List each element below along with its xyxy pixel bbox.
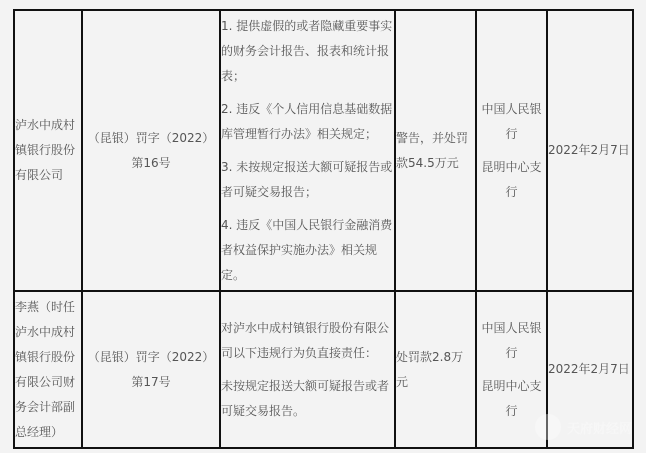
date-cell: 2022年2月7日 xyxy=(547,291,633,448)
table-row: 李燕（时任泸水中成村镇银行股份有限公司财务会计部副总经理） （昆银）罚字（202… xyxy=(14,291,633,448)
penalty-cell: 处罚款2.8万元 xyxy=(395,291,476,448)
authority-line: 中国人民银行 xyxy=(477,316,546,366)
table-row: 泸水中成村镇银行股份有限公司 （昆银）罚字（2022）第16号 1. 提供虚假的… xyxy=(14,10,633,291)
violation-item: 3. 未按规定报送大额可疑报告或者可疑交易报告； xyxy=(221,155,394,205)
document-number-cell: （昆银）罚字（2022）第17号 xyxy=(82,291,220,448)
violation-item: 未按规定报送大额可疑报告或者可疑交易报告。 xyxy=(221,374,394,424)
penalty-cell: 警告，并处罚款54.5万元 xyxy=(395,10,476,291)
violation-item: 1. 提供虚假的或者隐藏重要事实的财务会计报告、报表和统计报表； xyxy=(221,14,394,89)
party-name-cell: 泸水中成村镇银行股份有限公司 xyxy=(14,10,82,291)
violation-item: 对泸水中成村镇银行股份有限公司以下违规行为负直接责任： xyxy=(221,316,394,366)
violation-item: 4. 违反《中国人民银行金融消费者权益保护实施办法》相关规定。 xyxy=(221,213,394,288)
authority-line: 中国人民银行 xyxy=(477,97,546,147)
party-name-cell: 李燕（时任泸水中成村镇银行股份有限公司财务会计部副总经理） xyxy=(14,291,82,448)
authority-line: 昆明中心支行 xyxy=(477,155,546,205)
date-cell: 2022年2月7日 xyxy=(547,10,633,291)
violation-cell: 1. 提供虚假的或者隐藏重要事实的财务会计报告、报表和统计报表； 2. 违反《个… xyxy=(220,10,395,291)
document-number-cell: （昆银）罚字（2022）第16号 xyxy=(82,10,220,291)
authority-cell: 中国人民银行 昆明中心支行 xyxy=(476,291,547,448)
authority-line: 昆明中心支行 xyxy=(477,374,546,424)
violation-cell: 对泸水中成村镇银行股份有限公司以下违规行为负直接责任： 未按规定报送大额可疑报告… xyxy=(220,291,395,448)
violation-item: 2. 违反《个人信用信息基础数据库管理暂行办法》相关规定； xyxy=(221,97,394,147)
authority-cell: 中国人民银行 昆明中心支行 xyxy=(476,10,547,291)
penalty-disclosure-table: 泸水中成村镇银行股份有限公司 （昆银）罚字（2022）第16号 1. 提供虚假的… xyxy=(13,9,634,449)
